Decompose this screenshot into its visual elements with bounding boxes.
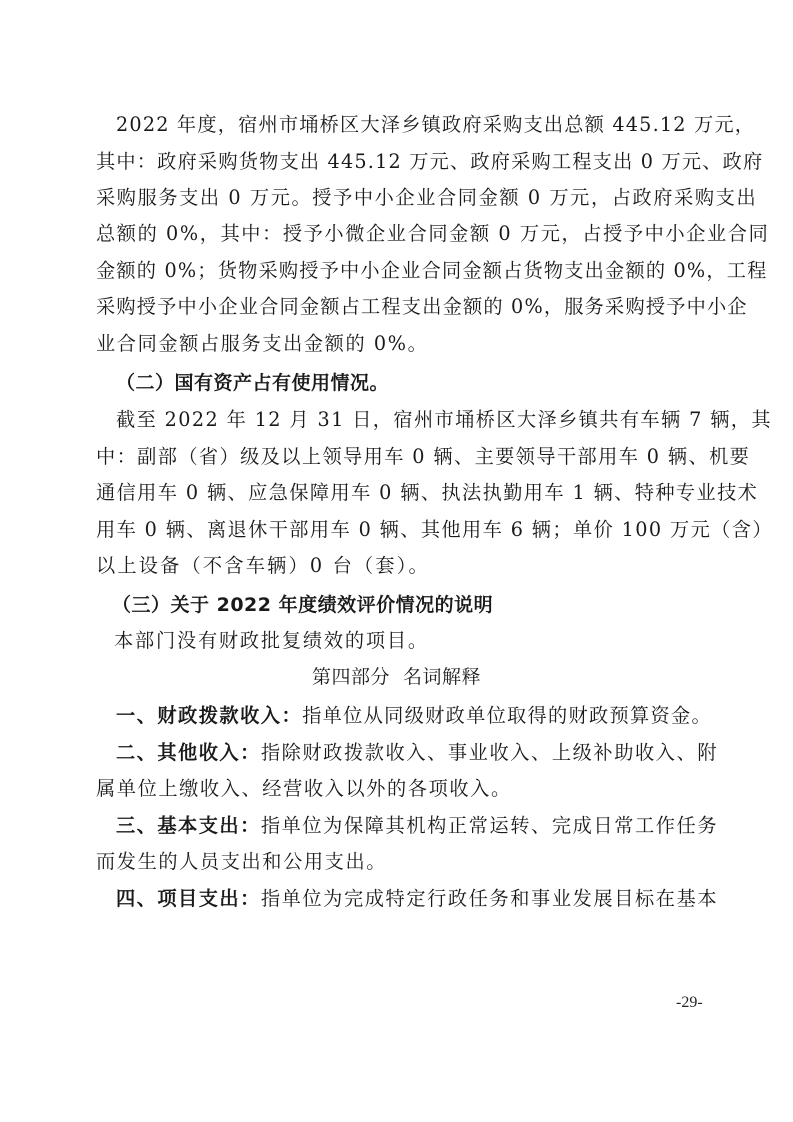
glossary-definition-2: 指除财政拨款收入、事业收入、上级补助收入、附: [261, 741, 718, 764]
assets-line-1: 截至 2022 年 12 月 31 日，宿州市埇桥区大泽乡镇共有车辆 7 辆，其: [116, 408, 720, 432]
glossary-term-3: 三、基本支出：: [116, 814, 261, 837]
glossary-term-4: 四、项目支出：: [116, 887, 261, 910]
glossary-item-4: 四、项目支出：指单位为完成特定行政任务和事业发展目标在基本: [116, 887, 720, 911]
glossary-item-1: 一、财政拨款收入：指单位从同级财政单位取得的财政预算资金。: [116, 704, 720, 728]
procurement-line-4: 总额的 0%，其中：授予小微企业合同金额 0 万元，占授予中小企业合同: [96, 222, 720, 246]
glossary-item-3-continuation: 而发生的人员支出和公用支出。: [96, 850, 720, 874]
glossary-item-3: 三、基本支出：指单位为保障其机构正常运转、完成日常工作任务: [116, 814, 720, 838]
glossary-item-2: 二、其他收入：指除财政拨款收入、事业收入、上级补助收入、附: [116, 741, 720, 765]
glossary-item-2-continuation: 属单位上缴收入、经营收入以外的各项收入。: [96, 777, 720, 801]
glossary-term-2: 二、其他收入：: [116, 741, 261, 764]
glossary-term-1: 一、财政拨款收入：: [116, 704, 302, 727]
performance-line-1: 本部门没有财政批复绩效的项目。: [114, 629, 738, 653]
performance-heading: （三）关于 2022 年度绩效评价情况的说明: [112, 593, 493, 617]
procurement-line-6: 采购授予中小企业合同金额占工程支出金额的 0%，服务采购授予中小企: [96, 295, 720, 319]
document-page: 2022 年度，宿州市埇桥区大泽乡镇政府采购支出总额 445.12 万元， 其中…: [0, 0, 793, 1122]
glossary-definition-1: 指单位从同级财政单位取得的财政预算资金。: [302, 704, 712, 727]
procurement-line-3: 采购服务支出 0 万元。授予中小企业合同金额 0 万元，占政府采购支出: [96, 186, 720, 210]
assets-line-2: 中：副部（省）级及以上领导用车 0 辆、主要领导干部用车 0 辆、机要: [96, 445, 720, 469]
procurement-line-1: 2022 年度，宿州市埇桥区大泽乡镇政府采购支出总额 445.12 万元，: [116, 113, 720, 137]
assets-line-5: 以上设备（不含车辆）0 台（套）。: [96, 554, 720, 578]
assets-line-3: 通信用车 0 辆、应急保障用车 0 辆、执法执勤用车 1 辆、特种专业技术: [96, 481, 720, 505]
assets-line-4: 用车 0 辆、离退休干部用车 0 辆、其他用车 6 辆；单价 100 万元（含）: [96, 518, 720, 542]
assets-heading: （二）国有资产占有使用情况。: [116, 371, 389, 395]
glossary-definition-4: 指单位为完成特定行政任务和事业发展目标在基本: [261, 887, 718, 910]
procurement-line-5: 金额的 0%；货物采购授予中小企业合同金额占货物支出金额的 0%，工程: [96, 259, 720, 283]
page-number: -29-: [676, 993, 703, 1013]
part-four-title: 第四部分 名词解释: [0, 665, 793, 689]
procurement-line-2: 其中：政府采购货物支出 445.12 万元、政府采购工程支出 0 万元、政府: [96, 150, 720, 174]
glossary-definition-3: 指单位为保障其机构正常运转、完成日常工作任务: [261, 814, 718, 837]
procurement-line-7: 业合同金额占服务支出金额的 0%。: [96, 332, 720, 356]
